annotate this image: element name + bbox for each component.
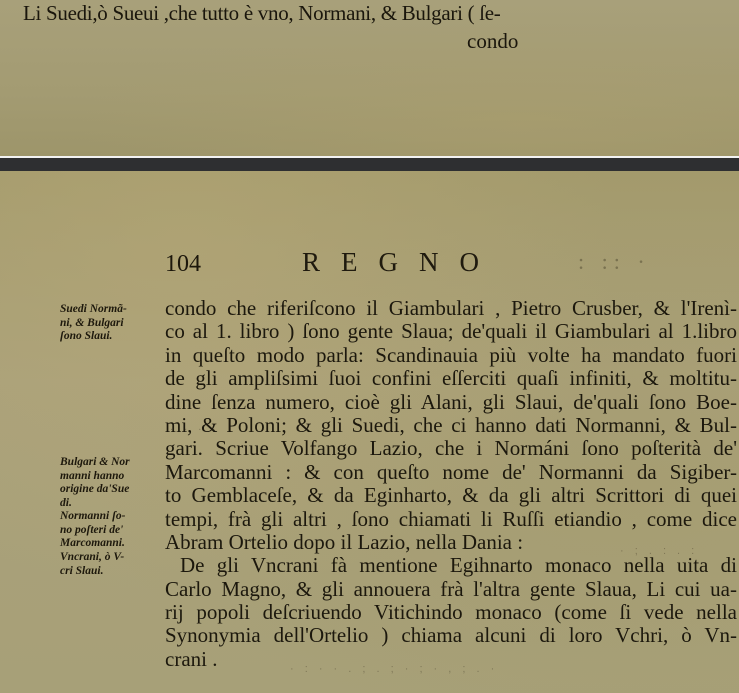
marginal-note-line: manni hanno — [60, 470, 155, 484]
marginal-note-line: origine da'Sue — [60, 483, 155, 497]
text-line: gari. Scriue Volfango Lazio, che i Normá… — [165, 437, 737, 460]
marginal-note-line: ſono Slaui. — [60, 330, 155, 344]
marginal-note-line: no poſteri de' — [60, 524, 155, 538]
text-line: dine ſenza numero, cioè gli Alani, gli S… — [165, 391, 737, 414]
text-line: de gli ampliſsimi ſuoi confini eſſerciti… — [165, 367, 737, 390]
running-title: REGNO — [302, 247, 500, 278]
marginal-note-line: Marcomanni. — [60, 537, 155, 551]
text-line: Marcomanni : & con queſto nome de' Norma… — [165, 461, 737, 484]
page-number: 104 — [165, 251, 201, 278]
bleed-through-marks: · : · · . ; . ; · ; · , ; . · — [290, 663, 498, 675]
bleed-through-marks: . . . . — [170, 421, 219, 433]
text-line: to Gemblaceſe, & da Eginharto, & da gli … — [165, 484, 737, 507]
page-separator — [0, 158, 739, 171]
running-head: 104 REGNO : :: · — [0, 247, 739, 281]
marginal-note-line: Vncrani, ò V- — [60, 551, 155, 565]
text-line: Carlo Magno, & gli annouera frà l'altra … — [165, 578, 737, 601]
marginal-note-line: ni, & Bulgari — [60, 317, 155, 331]
bleed-through-marks: · ; . : . : — [620, 545, 698, 557]
document-viewer[interactable]: Li Suedi,ò Sueui ,che tutto è vno, Norma… — [0, 0, 739, 693]
marginal-note-line: di. — [60, 497, 155, 511]
marginal-note-1: Suedi Normã- ni, & Bulgari ſono Slaui. — [60, 303, 155, 344]
paragraph-start-line: De gli Vncrani fà mentione Egihnarto mon… — [165, 554, 737, 577]
text-line: condo che riferiſcono il Giambulari , Pi… — [165, 297, 737, 320]
body-text: condo che riferiſcono il Giambulari , Pi… — [165, 297, 737, 671]
marginal-note-line: Suedi Normã- — [60, 303, 155, 317]
text-line: rij popoli deſcriuendo Vitichindo monaco… — [165, 601, 737, 624]
text-line: in queſto modo parla: Scandinauia più vo… — [165, 344, 737, 367]
text-line: co al 1. libro ) ſono gente Slaua; de'qu… — [165, 320, 737, 343]
previous-page: Li Suedi,ò Sueui ,che tutto è vno, Norma… — [0, 0, 739, 156]
marginal-note-4: Vncrani, ò V- cri Slaui. — [60, 551, 155, 578]
text-line: mi, & Poloni; & gli Suedi, che ci hanno … — [165, 414, 737, 437]
marginal-note-3: Normanni ſo- no poſteri de' Marcomanni. — [60, 510, 155, 551]
marginal-note-line: Bulgari & Nor — [60, 456, 155, 470]
marginal-note-line: Normanni ſo- — [60, 510, 155, 524]
text-line: tempi, frà gli altri , ſono chiamati li … — [165, 508, 737, 531]
marginal-note-2: Bulgari & Nor manni hanno origine da'Sue… — [60, 456, 155, 510]
marginal-note-line: cri Slaui. — [60, 565, 155, 579]
text-line: Synonymia dell'Ortelio ) chiama alcuni d… — [165, 624, 737, 647]
previous-page-last-line: Li Suedi,ò Sueui ,che tutto è vno, Norma… — [23, 1, 500, 26]
bleed-through-text: : :: · — [578, 249, 651, 275]
current-page: 104 REGNO : :: · Suedi Normã- ni, & Bulg… — [0, 171, 739, 693]
previous-page-catchword: condo — [467, 29, 518, 54]
